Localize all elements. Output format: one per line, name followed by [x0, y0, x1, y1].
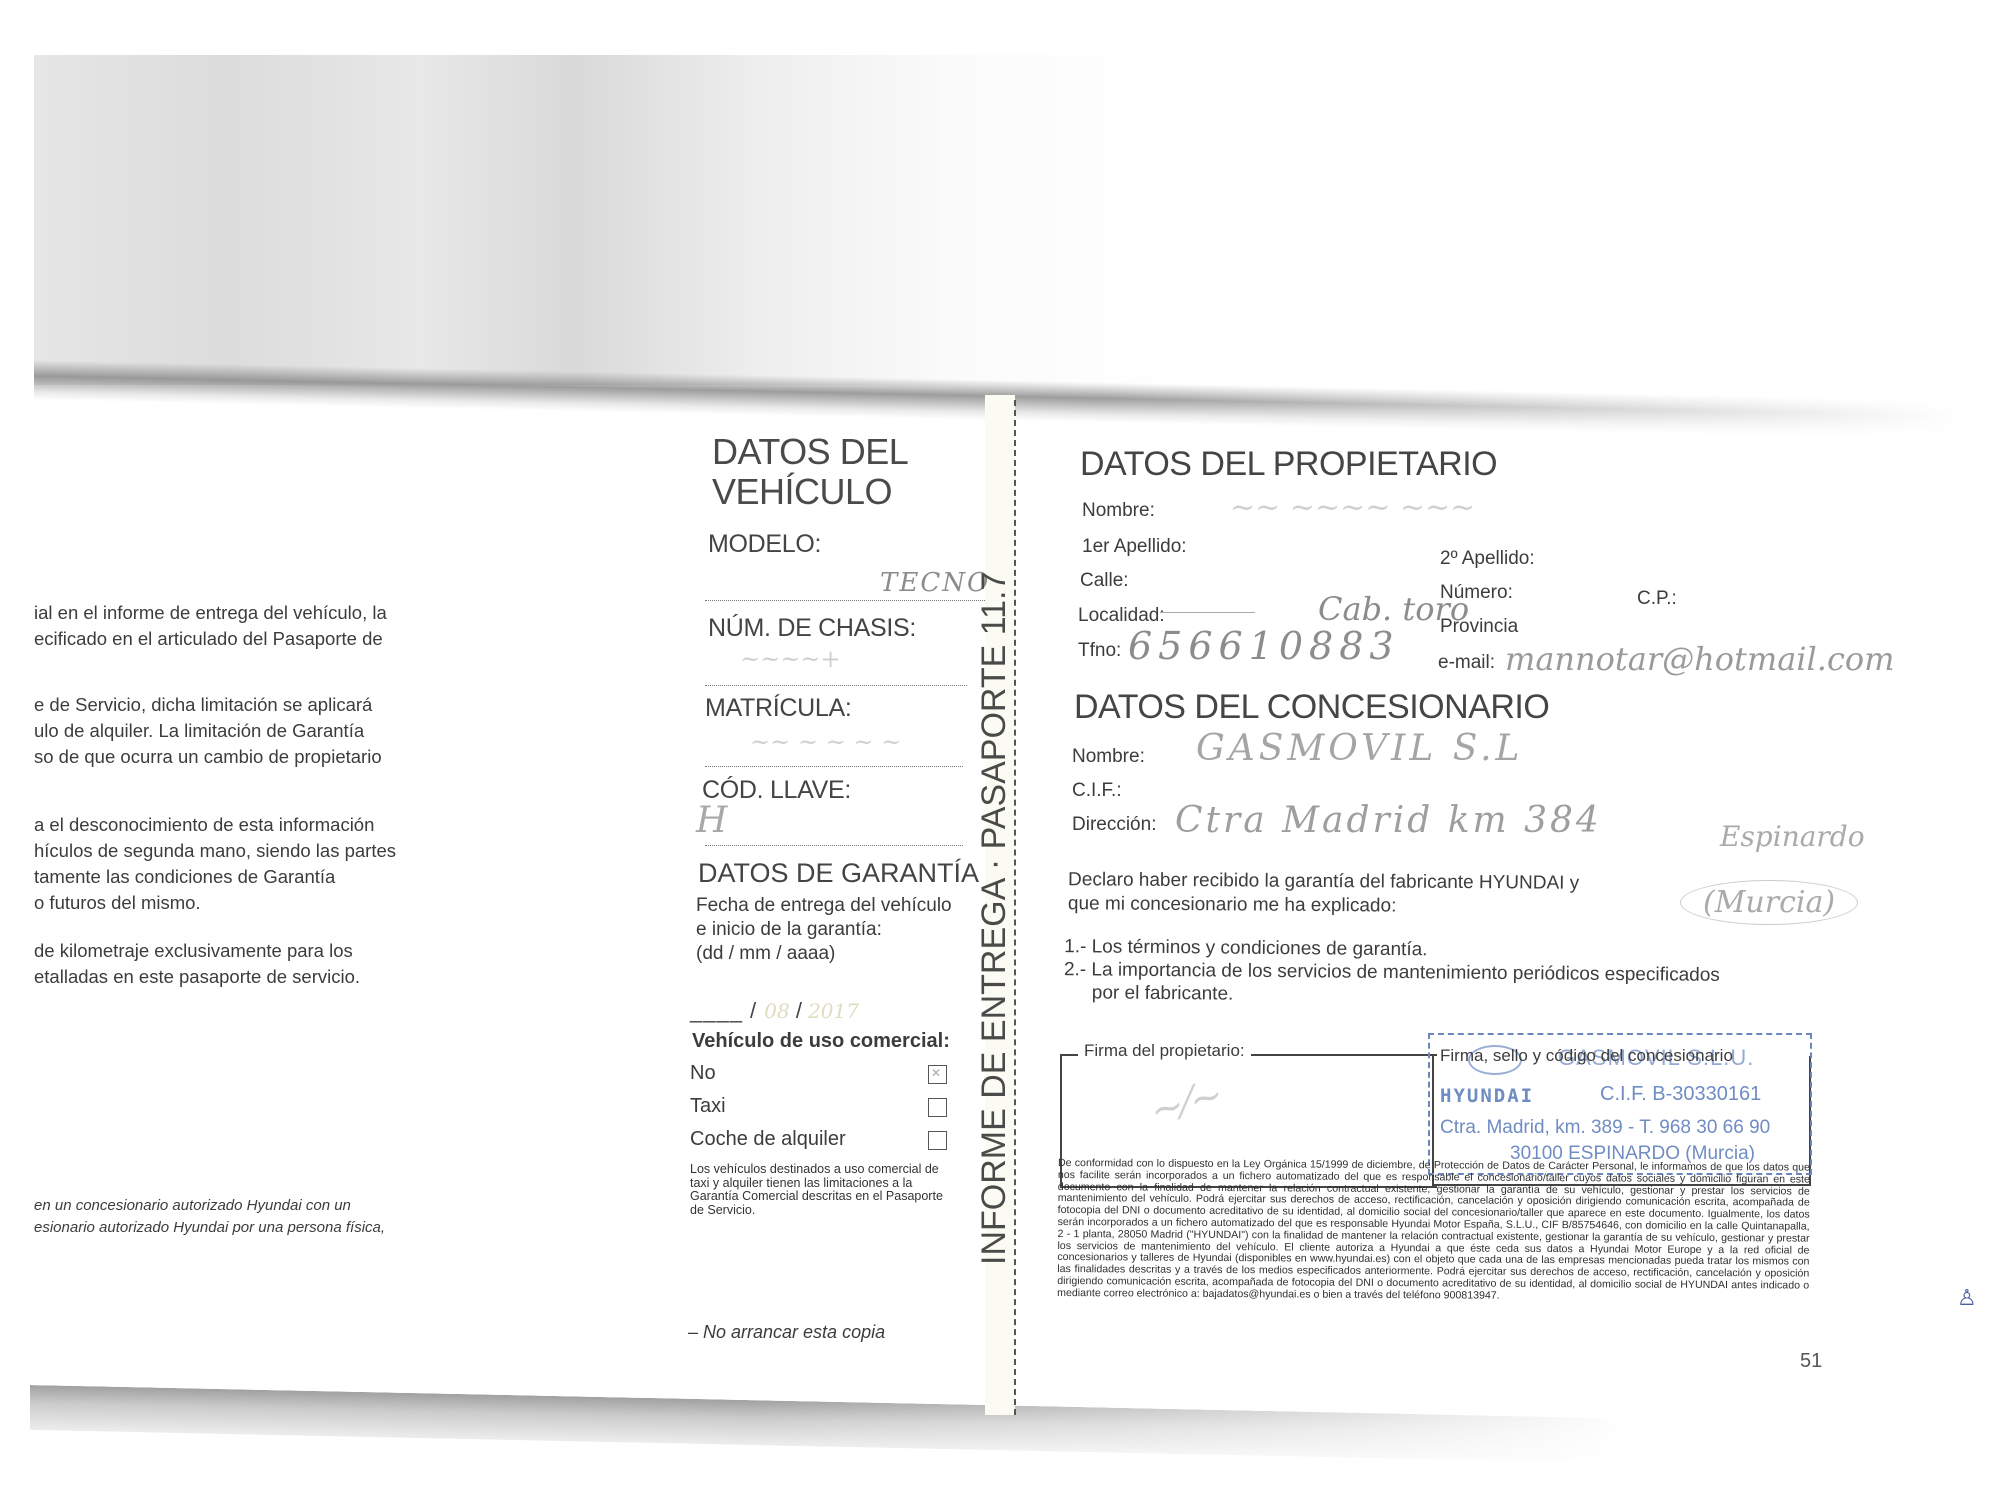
chasis-field-line	[705, 685, 967, 686]
llave-value[interactable]: H	[696, 800, 727, 841]
owner-email-value[interactable]: mannotar@hotmail.com	[1505, 640, 1894, 678]
page-edge-bottom	[30, 1385, 1630, 1464]
chasis-label: NÚM. DE CHASIS:	[708, 614, 916, 643]
text-line: ecificado en el articulado del Pasaporte…	[34, 628, 383, 649]
declaration-line: que mi concesionario me ha explicado:	[1068, 892, 1579, 920]
italic-line: esionario autorizado Hyundai por una per…	[34, 1217, 385, 1239]
dealer-section-title: DATOS DEL CONCESIONARIO	[1074, 688, 1549, 727]
dealer-direccion-extra2[interactable]: (Murcia)	[1680, 880, 1858, 925]
owner-section-title: DATOS DEL PROPIETARIO	[1080, 445, 1497, 484]
warranty-date-caption: Fecha de entrega del vehículo e inicio d…	[696, 894, 952, 966]
vehicle-section-title: DATOS DEL VEHÍCULO	[712, 432, 908, 512]
caption-line: e inicio de la garantía:	[696, 918, 952, 942]
text-line: tamente las condiciones de Garantía	[34, 866, 335, 887]
text-line: o futuros del mismo.	[34, 892, 201, 913]
dealer-nombre-label: Nombre:	[1072, 746, 1145, 768]
text-line: a el desconocimiento de esta información	[34, 814, 374, 835]
declaration-intro: Declaro haber recibido la garantía del f…	[1068, 868, 1579, 920]
owner-email-label: e-mail:	[1438, 652, 1495, 674]
option-taxi-checkbox[interactable]	[928, 1098, 947, 1117]
option-no-checkbox[interactable]	[928, 1065, 947, 1084]
caption-line: Fecha de entrega del vehículo	[696, 894, 952, 918]
scan-shadow-top	[34, 55, 1964, 385]
left-paragraph-4: de kilometraje exclusivamente para los e…	[34, 938, 394, 990]
text-line: hículos de segunda mano, siendo las part…	[34, 840, 396, 861]
localidad-strike-line	[1160, 612, 1255, 613]
tear-line	[1014, 400, 1016, 1415]
owner-apellido1-label: 1er Apellido:	[1082, 536, 1187, 558]
text-line: so de que ocurra un cambio de propietari…	[34, 746, 382, 767]
option-rental-label: Coche de alquiler	[690, 1128, 846, 1151]
left-page-italic-note: en un concesionario autorizado Hyundai c…	[34, 1195, 385, 1239]
pen-mark-icon: ♙	[1957, 1285, 1977, 1311]
title-line: DATOS DEL	[712, 432, 908, 472]
owner-provincia-label: Provincia	[1440, 616, 1518, 638]
owner-apellido2-label: 2º Apellido:	[1440, 548, 1535, 570]
commercial-use-title: Vehículo de uso comercial:	[692, 1030, 950, 1053]
llave-field-line	[705, 845, 963, 846]
text-line: etalladas en este pasaporte de servicio.	[34, 966, 360, 987]
owner-nombre-value[interactable]: ~~ ~~~~ ~~~	[1230, 490, 1475, 525]
declaration-line: Declaro haber recibido la garantía del f…	[1068, 868, 1579, 896]
dealer-direccion-extra[interactable]: Espinardo	[1720, 820, 1865, 853]
vertical-spine-title: INFORME DE ENTREGA · PASAPORTE 11.7	[975, 572, 1014, 1265]
matricula-value[interactable]: ~~ ~ ~ ~ ~	[750, 728, 901, 756]
caption-line: (dd / mm / aaaa)	[696, 942, 952, 966]
legal-privacy-text: De conformidad con lo dispuesto en la Le…	[1057, 1158, 1810, 1304]
dealer-direccion-label: Dirección:	[1072, 814, 1156, 836]
matricula-label: MATRÍCULA:	[705, 694, 852, 723]
text-line: ial en el informe de entrega del vehícul…	[34, 602, 387, 623]
stamp-brand: HYUNDAI	[1440, 1085, 1534, 1107]
matricula-field-line	[705, 766, 963, 767]
owner-cp-label: C.P.:	[1637, 588, 1677, 610]
owner-nombre-label: Nombre:	[1082, 500, 1155, 522]
dealer-direccion-value[interactable]: Ctra Madrid km 384	[1175, 800, 1602, 841]
italic-line: en un concesionario autorizado Hyundai c…	[34, 1195, 385, 1217]
declaration-list: 1.- Los términos y condiciones de garant…	[1064, 935, 1720, 1010]
modelo-field-line	[705, 600, 985, 601]
left-paragraph-3: a el desconocimiento de esta información…	[34, 812, 394, 916]
owner-signature-label: Firma del propietario:	[1078, 1041, 1251, 1061]
owner-tfno-value[interactable]: 656610883	[1128, 624, 1400, 668]
warranty-section-title: DATOS DE GARANTÍA	[698, 858, 979, 889]
option-taxi-label: Taxi	[690, 1095, 726, 1118]
text-line: de kilometraje exclusivamente para los	[34, 940, 353, 961]
dealer-signature-label: Firma, sello y código del concesionario	[1440, 1046, 1733, 1066]
modelo-value[interactable]: TECNO	[880, 568, 990, 598]
commercial-use-note: Los vehículos destinados a uso comercial…	[690, 1163, 950, 1217]
text-line: ulo de alquiler. La limitación de Garant…	[34, 720, 364, 741]
owner-tfno-label: Tfno:	[1078, 640, 1121, 662]
delivery-date-field[interactable]: ____ / 08 / 2017	[690, 998, 859, 1024]
option-no-label: No	[690, 1062, 716, 1085]
page-number: 51	[1800, 1350, 1822, 1373]
left-paragraph-2: e de Servicio, dicha limitación se aplic…	[34, 692, 394, 770]
stamp-cif: C.I.F. B-30330161	[1600, 1083, 1761, 1106]
title-line: VEHÍCULO	[712, 472, 908, 512]
dealer-nombre-value[interactable]: GASMOVIL S.L	[1196, 728, 1523, 769]
option-rental-checkbox[interactable]	[928, 1131, 947, 1150]
owner-calle-label: Calle:	[1080, 570, 1129, 592]
dealer-cif-label: C.I.F.:	[1072, 780, 1122, 802]
text-line: e de Servicio, dicha limitación se aplic…	[34, 694, 372, 715]
stamp-address: Ctra. Madrid, km. 389 - T. 968 30 66 90	[1440, 1117, 1770, 1139]
chasis-value[interactable]: ~~~~+	[740, 645, 841, 673]
modelo-label: MODELO:	[708, 530, 821, 559]
left-page-text: ial en el informe de entrega del vehícul…	[34, 600, 394, 1030]
left-paragraph-1: ial en el informe de entrega del vehícul…	[34, 600, 394, 652]
tear-warning: – No arrancar esta copia	[688, 1322, 885, 1343]
